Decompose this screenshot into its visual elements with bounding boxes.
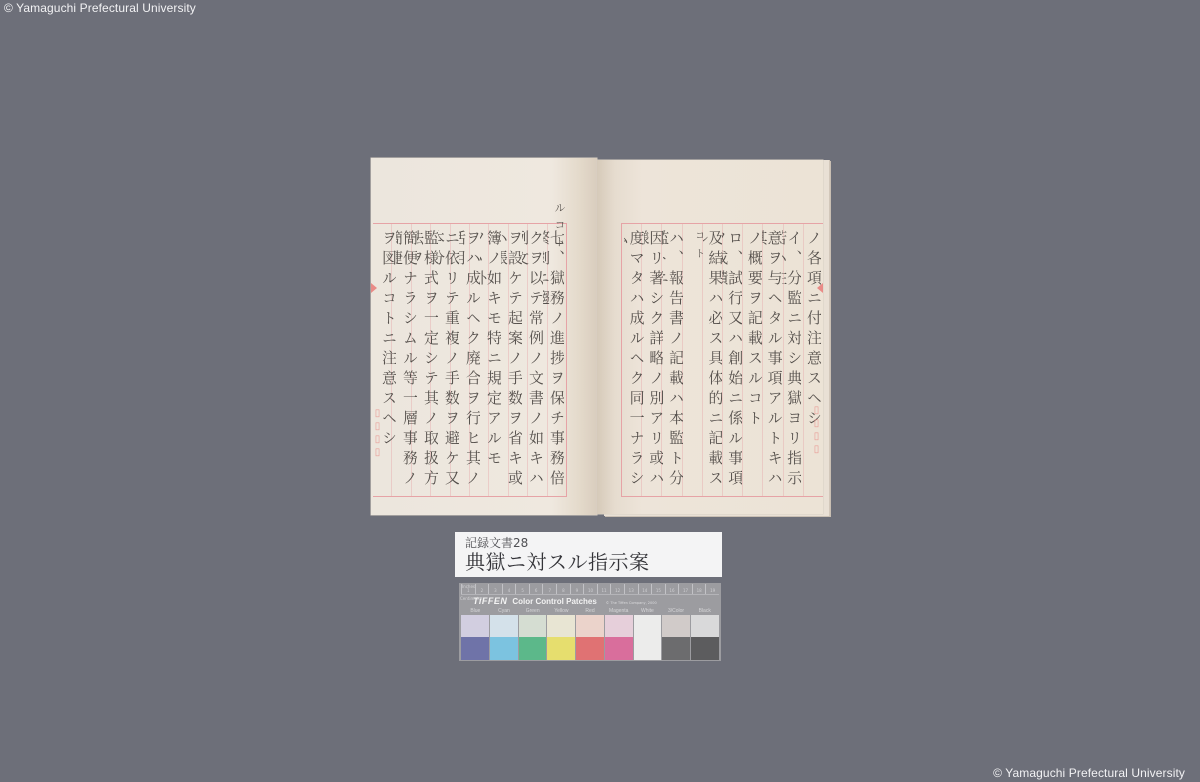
patch-name: Green bbox=[518, 608, 547, 614]
patch-light-swatch bbox=[605, 615, 633, 637]
patch-dark-swatch bbox=[490, 637, 518, 660]
archive-code: 記録文書28 bbox=[465, 536, 722, 550]
text-column: ニ依リテ重複ノ手数ヲ避ケ又本分 bbox=[438, 228, 459, 492]
patch-name: Black bbox=[690, 608, 719, 614]
color-patch-white bbox=[634, 615, 662, 660]
patch-name: 3/Color bbox=[662, 608, 691, 614]
text-column: 簿ノ如キモ特ニ規定アルモノヽ外 bbox=[480, 228, 501, 492]
right-page-ruled-frame: ノ各項ニ付注意スヘシ イ、分監ニ対シ典獄ヨリ指示若ハ注 意ヲ与ヘタル事項アルトキ… bbox=[621, 223, 823, 497]
patch-name: Red bbox=[576, 608, 605, 614]
patch-dark-swatch bbox=[691, 637, 719, 660]
text-column: 七、獄務ノ進捗ヲ保チ事務倍繁劇ニ趨 bbox=[543, 228, 564, 492]
red-margin-stamp: ▯▯▯▯ bbox=[811, 405, 822, 457]
color-patch-magenta bbox=[605, 615, 633, 660]
open-document-book: 七、獄務ノ進捗ヲ保チ事務倍繁劇ニ趨 クヲ以テ常例ノ文書ノ如キハ例文 ヲ設ケテ起案… bbox=[371, 158, 826, 520]
right-page-text: ノ各項ニ付注意スヘシ イ、分監ニ対シ典獄ヨリ指示若ハ注 意ヲ与ヘタル事項アルトキ… bbox=[624, 228, 821, 492]
color-patches bbox=[461, 615, 719, 660]
text-column: イ、分監ニ対シ典獄ヨリ指示若ハ注 bbox=[782, 228, 802, 492]
patch-name: Cyan bbox=[490, 608, 519, 614]
chart-brand-row: TiFFEN Color Control Patches © The Tiffe… bbox=[473, 596, 657, 606]
chart-copyright: © The Tiffen Company, 2000 bbox=[606, 601, 657, 605]
red-margin-tab bbox=[371, 283, 377, 293]
patch-dark-swatch bbox=[576, 637, 604, 660]
patch-light-swatch bbox=[662, 615, 690, 637]
text-column: 及結果ハ必ス具体的ニ記載スル bbox=[703, 228, 723, 492]
patch-light-swatch bbox=[634, 615, 662, 637]
text-column: クヲ以テ常例ノ文書ノ如キハ例文 bbox=[522, 228, 543, 492]
patch-light-swatch bbox=[519, 615, 547, 637]
left-page-ruled-frame: 七、獄務ノ進捗ヲ保チ事務倍繁劇ニ趨 クヲ以テ常例ノ文書ノ如キハ例文 ヲ設ケテ起案… bbox=[373, 223, 567, 497]
patch-names: Blue Cyan Green Yellow Red Magenta White… bbox=[461, 608, 719, 614]
patch-light-swatch bbox=[576, 615, 604, 637]
text-column: 簡便ナラシムル等一層事務ノ簡捷 bbox=[396, 228, 417, 492]
ruler-inches-label: Inches bbox=[462, 584, 475, 589]
color-patch-red bbox=[576, 615, 604, 660]
ruler: 12345678910111213141516171819 Inches bbox=[461, 584, 719, 595]
color-patch-3-color bbox=[662, 615, 690, 660]
patch-light-swatch bbox=[547, 615, 575, 637]
red-margin-stamp: ▯▯▯▯ bbox=[372, 408, 383, 460]
text-column: 度マタハ成ルヘク同一ナラシム bbox=[624, 228, 644, 492]
patch-name: Blue bbox=[461, 608, 490, 614]
patch-name: Yellow bbox=[547, 608, 576, 614]
patch-light-swatch bbox=[691, 615, 719, 637]
text-column: 意ヲ与ヘタル事項アルトキハ其 bbox=[762, 228, 782, 492]
copyright-watermark-top: © Yamaguchi Prefectural University bbox=[4, 1, 196, 15]
right-page: ノ各項ニ付注意スヘシ イ、分監ニ対シ典獄ヨリ指示若ハ注 意ヲ与ヘタル事項アルトキ… bbox=[597, 160, 823, 514]
text-column: コト bbox=[683, 228, 703, 492]
archive-label: 記録文書28 典獄ニ対スル指示案 bbox=[455, 532, 722, 577]
text-column: ロ、試行又ハ創始ニ係ル事項ノ成績 bbox=[722, 228, 742, 492]
patch-dark-swatch bbox=[605, 637, 633, 660]
color-patch-yellow bbox=[547, 615, 575, 660]
brand-logo: TiFFEN bbox=[473, 596, 507, 606]
color-control-chart: 12345678910111213141516171819 Inches Cen… bbox=[459, 583, 721, 661]
left-page-text: 七、獄務ノ進捗ヲ保チ事務倍繁劇ニ趨 クヲ以テ常例ノ文書ノ如キハ例文 ヲ設ケテ起案… bbox=[375, 228, 564, 492]
red-margin-tab bbox=[817, 283, 823, 293]
color-patch-blue bbox=[461, 615, 489, 660]
text-column: 因リ著シク詳略ノ別アリ或ハ様 bbox=[644, 228, 664, 492]
left-page-top-note: ルコト bbox=[551, 202, 567, 253]
text-column: 監様式ヲ一定シテ其ノ取扱方法ヲ bbox=[417, 228, 438, 492]
chart-title: Color Control Patches bbox=[512, 597, 596, 606]
left-page: 七、獄務ノ進捗ヲ保チ事務倍繁劇ニ趨 クヲ以テ常例ノ文書ノ如キハ例文 ヲ設ケテ起案… bbox=[371, 158, 597, 515]
color-patch-black bbox=[691, 615, 719, 660]
text-column: ノ概要ヲ記載スルコト bbox=[742, 228, 762, 492]
copyright-watermark-bottom: © Yamaguchi Prefectural University bbox=[993, 766, 1185, 780]
text-column: ハ、報告書ノ記載ハ本監ト分監トニ bbox=[663, 228, 683, 492]
patch-dark-swatch bbox=[461, 637, 489, 660]
patch-dark-swatch bbox=[519, 637, 547, 660]
patch-light-swatch bbox=[461, 615, 489, 637]
color-patch-cyan bbox=[490, 615, 518, 660]
patch-dark-swatch bbox=[662, 637, 690, 660]
text-column: ヲハ成ルヘク廃合ヲ行ヒ其ノ活用 bbox=[459, 228, 480, 492]
patch-name: White bbox=[633, 608, 662, 614]
patch-name: Magenta bbox=[604, 608, 633, 614]
patch-dark-swatch bbox=[634, 637, 662, 660]
archive-title: 典獄ニ対スル指示案 bbox=[465, 550, 722, 574]
text-column: ヲ設ケテ起案ノ手数ヲ省キ或ハ帳 bbox=[501, 228, 522, 492]
patch-light-swatch bbox=[490, 615, 518, 637]
color-patch-green bbox=[519, 615, 547, 660]
patch-dark-swatch bbox=[547, 637, 575, 660]
